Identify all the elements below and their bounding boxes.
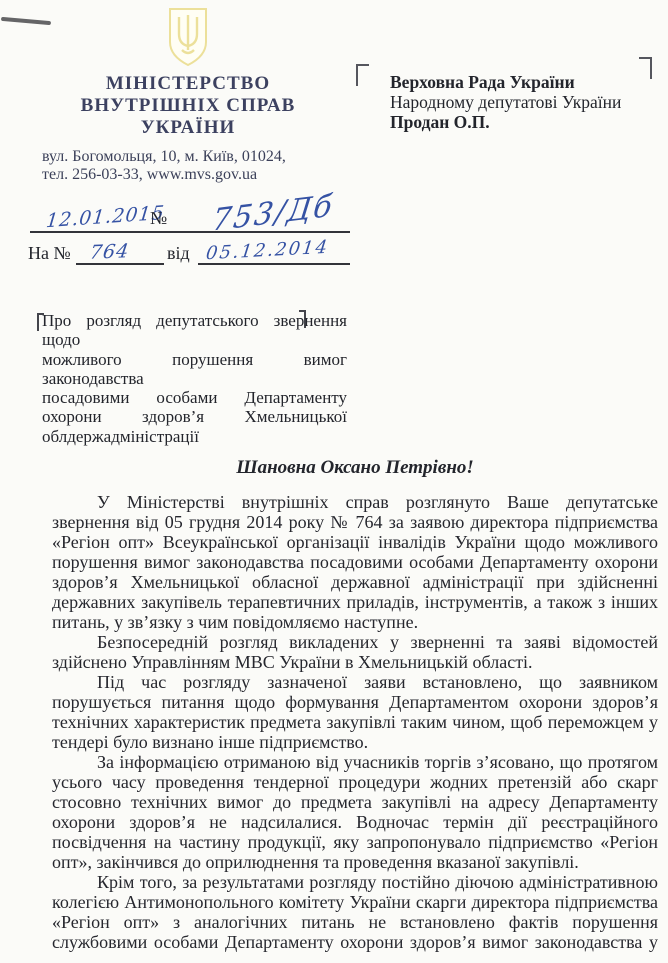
scanned-letter-page: МІНІСТЕРСТВО ВНУТРІШНІХ СПРАВ УКРАЇНИ ву… [0, 0, 668, 963]
ministry-address-line-2: тел. 256-03-33, www.mvs.gov.ua [42, 166, 338, 184]
reply-to-number-label: На № [28, 243, 71, 264]
addressee-corner-bracket-right [639, 57, 652, 79]
body-paragraph: У Міністерстві внутрішніх справ розгляну… [52, 492, 658, 632]
subject-line: облдержадміністрації [42, 427, 347, 446]
subject-line: посадовими особами Департаменту [42, 388, 347, 407]
subject-line: охорони здоров’я Хмельницької [42, 407, 347, 426]
ministry-name-line-2: ВНУТРІШНІХ СПРАВ [38, 95, 338, 117]
reply-from-label: від [167, 243, 190, 264]
body-paragraph: Крім того, за результатами розгляду пост… [52, 872, 658, 952]
addressee-name: Продан О.П. [390, 112, 621, 132]
ministry-name-line-3: УКРАЇНИ [38, 117, 338, 139]
handwritten-reply-date: 05.12.2014 [205, 237, 330, 265]
body-paragraph: Під час розгляду зазначеної заяви встано… [52, 672, 658, 752]
salutation: Шановна Оксано Петрівно! [52, 457, 658, 479]
ministry-address: вул. Богомольця, 10, м. Київ, 01024, тел… [38, 148, 338, 183]
ministry-name-line-1: МІНІСТЕРСТВО [38, 73, 338, 95]
subject-line: Про розгляд депутатського звернення щодо [42, 311, 347, 350]
addressee-block: Верховна Рада України Народному депутато… [390, 72, 621, 132]
subject-block: Про розгляд депутатського звернення щодо… [42, 311, 347, 446]
addressee-role: Народному депутатові України [390, 92, 621, 112]
ministry-address-line-1: вул. Богомольця, 10, м. Київ, 01024, [42, 148, 338, 166]
ukraine-trident-emblem-icon [161, 6, 215, 73]
number-sign-label: № [150, 208, 167, 229]
handwritten-reply-number: 764 [88, 240, 130, 263]
ministry-letterhead: МІНІСТЕРСТВО ВНУТРІШНІХ СПРАВ УКРАЇНИ ву… [38, 6, 338, 183]
body-paragraph: Безпосередній розгляд викладених у зверн… [52, 632, 658, 672]
body-paragraph: За інформацією отриманою від учасників т… [52, 752, 658, 872]
handwritten-date: 12.01.2015 [45, 202, 166, 233]
subject-line: можливого порушення вимог законодавства [42, 350, 347, 389]
addressee-corner-bracket-left [356, 64, 369, 86]
letter-body: У Міністерстві внутрішніх справ розгляну… [52, 492, 658, 963]
addressee-organization: Верховна Рада України [390, 72, 621, 92]
